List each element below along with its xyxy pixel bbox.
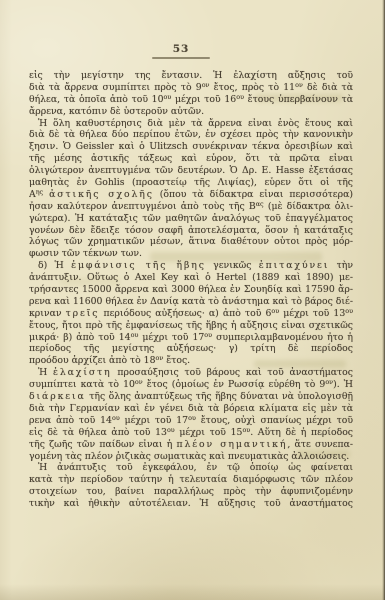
superscript-ordinal: ας <box>256 201 264 208</box>
text-line: τῆς μέσης ἀστικῆς τάξεως καὶ εὗρον, ὅτι … <box>29 153 353 165</box>
letterspaced-emphasis: ἐμφάνισις τῆς ἥβης <box>71 260 206 271</box>
text-line: μαθητὰς ἐν Gohlis (προαστείῳ τῆς Λιψίας)… <box>29 177 353 189</box>
text-line: τῆς ζωῆς τῶν παίδων εἶναι ἡ πλέον σημαντ… <box>29 439 353 451</box>
text-segment: τῆς ζωῆς τῶν παίδων εἶναι ἡ <box>29 439 177 450</box>
text-line: τικὴν καὶ ἠθικὴν αὐτοτέλειαν. Ἡ αὔξησις … <box>29 498 353 510</box>
text-line: διὰ τὴν Γερμανίαν καὶ ἐν γένει διὰ τὰ βό… <box>29 403 353 415</box>
text-segment: ρενα ἀπὸ τοῦ 14 <box>29 415 112 426</box>
text-block: εἰς τὴν μεγίστην της ἔντασιν. Ἡ ἐλαχίστη… <box>29 70 353 510</box>
text-line: ἀνάπτυξιν. Οὕτως ὁ Axel Key καὶ ὁ Hertel… <box>29 272 353 284</box>
text-segment: δὲ διὰ τὰ <box>303 82 353 93</box>
text-segment: προόδου ἀρχίζει ἀπὸ τὸ 18 <box>29 355 156 366</box>
text-segment: λόγως τῶν χρηματικῶν μέσων, ἅτινα διαθέτ… <box>29 236 353 247</box>
text-segment: , ἅτε συνεπα- <box>287 439 353 450</box>
text-line: ἔτους, ἤτοι πρὸ τῆς ἐμφανίσεως τῆς ἥβης … <box>29 320 353 332</box>
paragraph: Ἡ ὅλη καθυστέρησις διὰ μὲν τὰ ἄρρενα εἶν… <box>29 118 353 261</box>
superscript-ordinal: ον <box>325 379 333 386</box>
paragraph: Ἡ ἐλαχίστη προσαύξησις τοῦ βάρους καὶ το… <box>29 367 353 462</box>
text-line: γονέων δὲν ἔδειξε τόσον σαφῆ ἀποτελέσματ… <box>29 225 353 237</box>
text-segment: ἔτος (ὁμοίως ἐν Ρωσσίᾳ εὑρέθη τὸ 9 <box>143 379 326 390</box>
text-line: στοιχείων του, βαίνει παραλλήλως πρὸς τὴ… <box>29 486 353 498</box>
text-segment: περίοδος τῆς μεγίστης αὐξήσεως· γ) τρίτη… <box>29 343 353 355</box>
superscript-ordinal: ου <box>271 308 279 315</box>
letterspaced-emphasis: ἐλαχίστη <box>53 367 112 378</box>
superscript-ordinal: ον <box>135 379 143 386</box>
text-line: δ) Ἡ ἐμφάνισις τῆς ἥβης γενικῶς ἐπιταχύν… <box>29 260 353 272</box>
text-line: διὰ τὰ ἄρρενα συμπίπτει πρὸς τὸ 9ον ἔτος… <box>29 82 353 94</box>
text-segment: μέχρι τοῦ 17 <box>120 415 188 426</box>
text-segment: εἰς τὴν μεγίστην της ἔντασιν. Ἡ ἐλαχίστη… <box>29 70 353 82</box>
superscript-ordinal: ου <box>236 94 244 101</box>
text-line: διὰ δὲ τὰ θήλεα δύο περίπου ἐτῶν, ἐν σχέ… <box>29 129 353 141</box>
text-segment: ὀλιγώτερον ἀνεπτυγμένα τῶν δευτέρων. Ὁ Δ… <box>29 165 353 176</box>
text-segment: (μὲ δίδακτρα ὀλι- <box>264 201 353 212</box>
text-segment: εἰς δὲ τὰ θήλεα ἀπὸ τοῦ 13 <box>29 427 167 438</box>
text-segment: γενικῶς <box>206 260 259 271</box>
superscript-ordinal: ον <box>295 82 303 89</box>
text-segment: ἔτους, ἤτοι πρὸ τῆς ἐμφανίσεως τῆς ἥβης … <box>29 320 353 331</box>
text-segment: . Αὕτη δὲ ἡ περίοδος <box>250 427 353 438</box>
text-line: περίοδος τῆς μεγίστης αὐξήσεως· γ) τρίτη… <box>29 343 353 355</box>
text-segment: Α <box>29 189 36 200</box>
text-line: εἰς τὴν μεγίστην της ἔντασιν. Ἡ ἐλαχίστη… <box>29 70 353 82</box>
text-line: ἦσαν καλύτερον ἀνεπτυγμένοι ἀπὸ τοὺς τῆς… <box>29 201 353 213</box>
book-page: 53 εἰς τὴν μεγίστην της ἔντασιν. Ἡ ἐλαχί… <box>0 0 385 600</box>
text-line: Ἡ ἐλαχίστη προσαύξησις τοῦ βάρους καὶ το… <box>29 367 353 379</box>
superscript-ordinal: ου <box>112 415 120 422</box>
text-segment: διὰ δὲ τὰ θήλεα δύο περίπου ἐτῶν, ἐν σχέ… <box>29 129 353 141</box>
text-segment: γομένη τὰς πλέον ῥιζικὰς σωματικὰς καὶ π… <box>29 451 349 462</box>
text-line: προόδου ἀρχίζει ἀπὸ τὸ 18ον ἔτος. <box>29 355 353 367</box>
text-segment: τρήσαντες 15000 ἄρρενα καὶ 3000 θήλεα ἐν… <box>29 284 353 295</box>
text-segment: (ὅπου τὰ δίδακτρα εἶναι περισσότερα) <box>154 189 353 200</box>
text-segment: ἔτος, πρὸς τὸ 11 <box>209 82 295 93</box>
text-segment: ἄρρενα, κατόπιν δὲ ὑστεροῦν αὐτῶν. <box>29 106 204 117</box>
text-line: διάρκεια τῆς ὅλης ἀναπτύξεως τῆς ἥβης δύ… <box>29 391 353 403</box>
text-segment: τὴν <box>329 260 353 271</box>
text-segment: ἔτους ὑπερβαίνουν τὰ <box>244 94 353 105</box>
letterspaced-emphasis: ἐπιταχύνει <box>259 260 330 271</box>
text-segment: φωσιν τῶν τέκνων των. <box>29 248 142 259</box>
text-segment: μέχρι τοῦ 15 <box>175 427 243 438</box>
text-segment: μαθητὰς ἐν Gohlis (προαστείῳ τῆς Λιψίας)… <box>29 177 353 188</box>
text-segment: ἦσαν καλύτερον ἀνεπτυγμένοι ἀπὸ τοὺς τῆς… <box>29 201 256 212</box>
text-line: Αης ἀστικῆς σχολῆς (ὅπου τὰ δίδακτρα εἶν… <box>29 189 353 201</box>
text-segment: περιόδους αὐξήσεως· α) ἀπὸ τοῦ 6 <box>99 308 271 319</box>
text-segment: Ἡ <box>38 367 53 378</box>
page-number: 53 <box>152 43 210 55</box>
text-segment: τικὴν καὶ ἠθικὴν αὐτοτέλειαν. Ἡ αὔξησις … <box>29 498 353 510</box>
text-segment: κριναν <box>29 308 66 319</box>
paragraph: εἰς τὴν μεγίστην της ἔντασιν. Ἡ ἐλαχίστη… <box>29 70 353 118</box>
text-line: γομένη τὰς πλέον ῥιζικὰς σωματικὰς καὶ π… <box>29 451 353 463</box>
text-line: ἄρρενα, κατόπιν δὲ ὑστεροῦν αὐτῶν. <box>29 106 353 118</box>
page-number-rule <box>152 57 210 59</box>
superscript-ordinal: ου <box>167 427 175 434</box>
superscript-ordinal: ου <box>188 415 196 422</box>
text-line: φωσιν τῶν τέκνων των. <box>29 248 353 260</box>
text-line: ξησιν. Ὁ Geissler καὶ ὁ Ulitzsch συνέκρι… <box>29 141 353 153</box>
text-segment: προσαύξησις τοῦ βάρους καὶ τοῦ ἀναστήματ… <box>112 367 353 378</box>
text-line: Ἡ ὅλη καθυστέρησις διὰ μὲν τὰ ἄρρενα εἶν… <box>29 118 353 130</box>
page-header: 53 <box>152 43 210 59</box>
letterspaced-emphasis: τρεῖς <box>66 308 100 319</box>
text-line: γώτερα). Ἡ κατάταξις τῶν μαθητῶν ἀναλόγω… <box>29 213 353 225</box>
text-segment: κατὰ τὴν περίοδον ταύτην ἡ τελευταία δια… <box>29 474 353 486</box>
text-line: ρενα καὶ 11600 θήλεα ἐν Δανίᾳ κατὰ τὸ ἀν… <box>29 296 353 308</box>
text-line: τρήσαντες 15000 ἄρρενα καὶ 3000 θήλεα ἐν… <box>29 284 353 296</box>
text-segment: μέχρι τοῦ 13 <box>279 308 345 319</box>
text-line: κατὰ τὴν περίοδον ταύτην ἡ τελευταία δια… <box>29 474 353 486</box>
text-segment: μέχρι τοῦ 16 <box>171 94 236 105</box>
letterspaced-emphasis: πλέον σημαντική <box>177 439 288 450</box>
text-segment: συμπεριλαμβανομένου ἦτο ἡ <box>212 332 353 343</box>
text-line: εἰς δὲ τὰ θήλεα ἀπὸ τοῦ 13ου μέχρι τοῦ 1… <box>29 427 353 439</box>
text-segment: στοιχείων του, βαίνει παραλλήλως πρὸς τὴ… <box>29 486 353 498</box>
text-line: θήλεα, τὰ ὁποῖα ἀπὸ τοῦ 10ου μέχρι τοῦ 1… <box>29 94 353 106</box>
text-segment: ξησιν. Ὁ Geissler καὶ ὁ Ulitzsch συνέκρι… <box>29 141 353 152</box>
text-segment: γονέων δὲν ἔδειξε τόσον σαφῆ ἀποτελέσματ… <box>29 225 353 237</box>
text-segment: δ) Ἡ <box>38 260 71 271</box>
text-line: λόγως τῶν χρηματικῶν μέσων, ἅτινα διαθέτ… <box>29 236 353 248</box>
text-segment: γώτερα). Ἡ κατάταξις τῶν μαθητῶν ἀναλόγω… <box>29 213 353 225</box>
text-segment: ). Ἡ <box>333 379 353 390</box>
text-line: Ἡ ἀνάπτυξις τοῦ ἐγκεφάλου, ἐν τῷ ὁποίῳ ὡ… <box>29 462 353 474</box>
text-segment: διὰ τὴν Γερμανίαν καὶ ἐν γένει διὰ τὰ βό… <box>29 403 353 415</box>
text-segment: τῆς μέσης ἀστικῆς τάξεως καὶ εὗρον, ὅτι … <box>29 153 353 165</box>
paragraph: δ) Ἡ ἐμφάνισις τῆς ἥβης γενικῶς ἐπιταχύν… <box>29 260 353 367</box>
text-line: ὀλιγώτερον ἀνεπτυγμένα τῶν δευτέρων. Ὁ Δ… <box>29 165 353 177</box>
superscript-ordinal: ου <box>345 308 353 315</box>
text-line: ρενα ἀπὸ τοῦ 14ου μέχρι τοῦ 17ου ἔτους, … <box>29 415 353 427</box>
text-segment: διὰ τὰ ἄρρενα συμπίπτει πρὸς τὸ 9 <box>29 82 202 93</box>
letterspaced-emphasis: ἀστικῆς σχολῆς <box>49 189 154 200</box>
text-segment: ἀνάπτυξιν. Οὕτως ὁ Axel Key καὶ ὁ Hertel… <box>29 272 353 283</box>
paragraph: Ἡ ἀνάπτυξις τοῦ ἐγκεφάλου, ἐν τῷ ὁποίῳ ὡ… <box>29 462 353 510</box>
text-segment: μικρά· β) ἀπὸ τοῦ 14 <box>29 332 131 343</box>
superscript-ordinal: ου <box>204 332 212 339</box>
text-line: συμπίπτει κατὰ τὸ 10ον ἔτος (ὁμοίως ἐν Ρ… <box>29 379 353 391</box>
text-segment: ρενα καὶ 11600 θήλεα ἐν Δανίᾳ κατὰ τὸ ἀν… <box>29 296 353 307</box>
text-line: κριναν τρεῖς περιόδους αὐξήσεως· α) ἀπὸ … <box>29 308 353 320</box>
text-segment: θήλεα, τὰ ὁποῖα ἀπὸ τοῦ 10 <box>29 94 164 105</box>
text-segment: Ἡ ὅλη καθυστέρησις διὰ μὲν τὰ ἄρρενα εἶν… <box>29 118 353 130</box>
text-line: μικρά· β) ἀπὸ τοῦ 14ου μέχρι τοῦ 17ου συ… <box>29 332 353 344</box>
text-segment: τῆς ὅλης ἀναπτύξεως τῆς ἥβης δύναται νὰ … <box>86 391 353 402</box>
letterspaced-emphasis: διάρκεια <box>29 391 86 402</box>
text-segment: συμπίπτει κατὰ τὸ 10 <box>29 379 135 390</box>
text-segment: ἔτος. <box>163 355 190 366</box>
text-segment: Ἡ ἀνάπτυξις τοῦ ἐγκεφάλου, ἐν τῷ ὁποίῳ ὡ… <box>29 462 353 474</box>
text-segment: μέχρι τοῦ 17 <box>138 332 204 343</box>
